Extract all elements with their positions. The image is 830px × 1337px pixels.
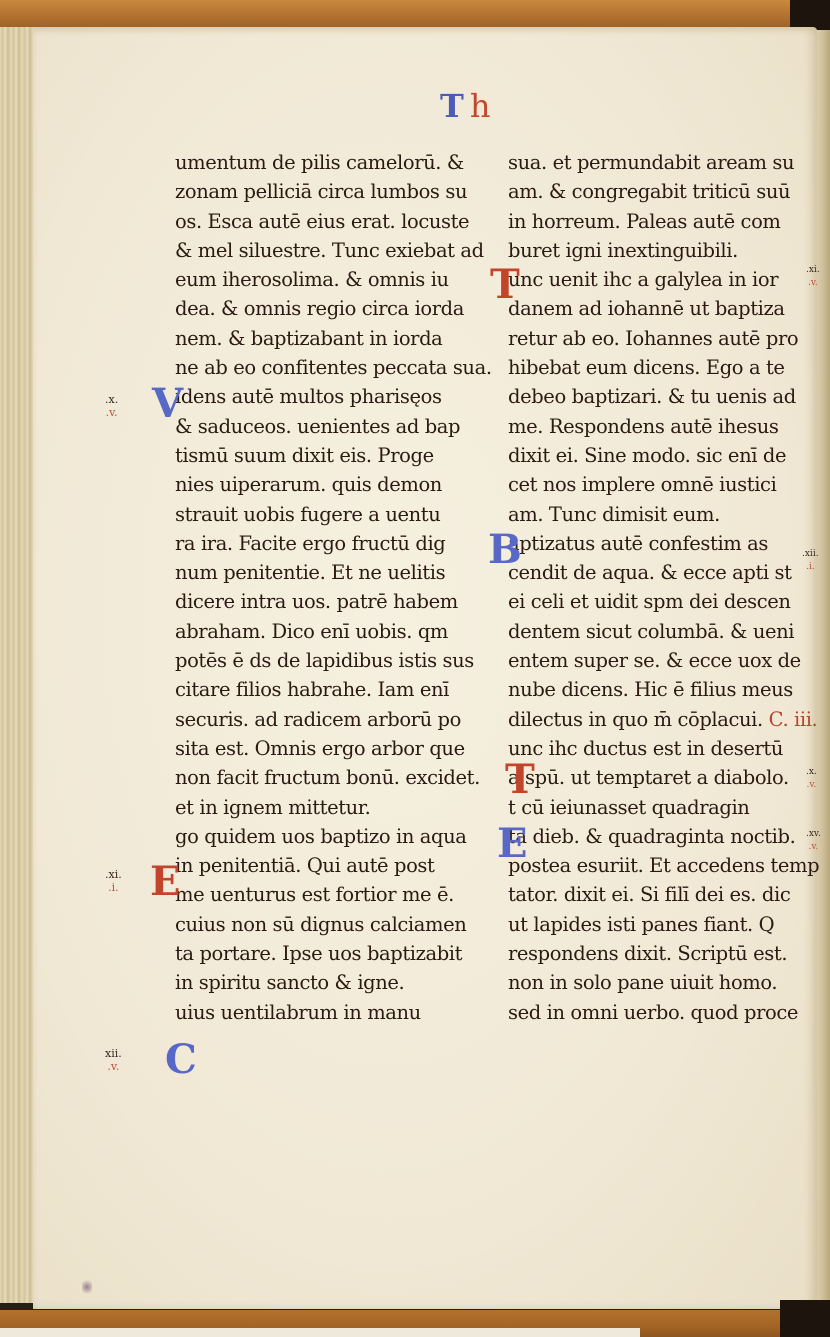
text-line: non in solo pane uiuit homo. [508, 968, 798, 997]
text-line: sed in omni uerbo. quod proce [508, 998, 798, 1027]
lower-page-strip [0, 1328, 640, 1337]
text-line: me. Respondens autē ihesus [508, 412, 798, 441]
chapter-marker: .xi. .v. [806, 264, 820, 290]
text-line: ut lapides isti panes fiant. Q [508, 910, 798, 939]
text-line: dilectus in quo m̄ cōplacui. C. iii. [508, 705, 798, 734]
text-line: dixit ei. Sine modo. sic enī de [508, 441, 798, 470]
chapter-marker: .x. .v. [806, 766, 817, 792]
text-line: unc uenit ihc a galylea in ior [508, 265, 798, 294]
text-line: sua. et permundabit aream su [508, 148, 798, 177]
text-line: nube dicens. Hic ē filius meus [508, 675, 798, 704]
text-line: citare filios habrahe. Iam enī [175, 675, 475, 704]
text-line: & saduceos. uenientes ad bap [175, 412, 475, 441]
text-line: num penitentie. Et ne uelitis [175, 558, 475, 587]
decorated-initial-t: T [505, 760, 535, 800]
text-line: ne ab eo confitentes peccata sua. [175, 353, 475, 382]
text-line: in spiritu sancto & igne. [175, 968, 475, 997]
text-line: tismū suum dixit eis. Proge [175, 441, 475, 470]
chapter-marker: .xii. .i. [802, 548, 819, 574]
text-line: debeo baptizari. & tu uenis ad [508, 382, 798, 411]
dark-background-corner-bottom [780, 1300, 830, 1337]
decorated-initial-e: E [150, 862, 181, 902]
decorated-initial-v: V [152, 384, 183, 424]
binding-top-edge [0, 0, 830, 30]
text-line: et in ignem mittetur. [175, 793, 475, 822]
dark-background-corner [790, 0, 830, 30]
ink-stain [82, 1278, 92, 1296]
text-column-left: umentum de pilis camelorū. & zonam pelli… [175, 148, 475, 1027]
chapter-marker: xii. .v. [105, 1047, 122, 1073]
text-line: unc ihc ductus est in desertū [508, 734, 798, 763]
text-line: in penitentiā. Qui autē post [175, 851, 475, 880]
text-line: umentum de pilis camelorū. & [175, 148, 475, 177]
text-line: go quidem uos baptizo in aqua [175, 822, 475, 851]
text-line: tator. dixit ei. Si filī dei es. dic [508, 880, 798, 909]
text-line: entem super se. & ecce uox de [508, 646, 798, 675]
text-line: potēs ē ds de lapidibus istis sus [175, 646, 475, 675]
text-line: hibebat eum dicens. Ego a te [508, 353, 798, 382]
text-line: in horreum. Paleas autē com [508, 207, 798, 236]
chapter-marker: .x. .v. [105, 393, 118, 419]
text-line: nies uiperarum. quis demon [175, 470, 475, 499]
text-line: cendit de aqua. & ecce apti st [508, 558, 798, 587]
text-line: am. Tunc dimisit eum. [508, 500, 798, 529]
text-line: dicere intra uos. patrē habem [175, 587, 475, 616]
text-line: nem. & baptizabant in iorda [175, 324, 475, 353]
text-column-right: sua. et permundabit aream su am. & congr… [508, 148, 798, 1027]
text-line: eum iherosolima. & omnis iu [175, 265, 475, 294]
text-line: non facit fructum bonū. excidet. [175, 763, 475, 792]
text-line: me uenturus est fortior me ē. [175, 880, 475, 909]
text-line: ta portare. Ipse uos baptizabit [175, 939, 475, 968]
chapter-marker: .xi. .i. [105, 868, 122, 894]
text-line: aptizatus autē confestim as [508, 529, 798, 558]
decorated-initial-b: B [488, 530, 522, 570]
text-line: & mel siluestre. Tunc exiebat ad [175, 236, 475, 265]
text-line: danem ad iohannē ut baptiza [508, 294, 798, 323]
text-line: dentem sicut columbā. & ueni [508, 617, 798, 646]
text-line: am. & congregabit triticū suū [508, 177, 798, 206]
rubric-chapter-mark: C. iii. [769, 708, 818, 731]
text-line: idens autē multos pharisęos [175, 382, 475, 411]
text-line: strauit uobis fugere a uentu [175, 500, 475, 529]
text-line: dea. & omnis regio circa iorda [175, 294, 475, 323]
running-head: Th [440, 88, 496, 124]
text-line: a spū. ut temptaret a diabolo. [508, 763, 798, 792]
text-line: buret igni inextinguibili. [508, 236, 798, 265]
gutter-page-edges [0, 27, 37, 1303]
text-line: cet nos implere omnē iustici [508, 470, 798, 499]
text-line: retur ab eo. Iohannes autē pro [508, 324, 798, 353]
text-line: abraham. Dico enī uobis. qm [175, 617, 475, 646]
running-head-letter-red: h [470, 87, 497, 125]
decorated-initial-e: E [497, 824, 528, 864]
text-line: ra ira. Facite ergo fructū dig [175, 529, 475, 558]
text-line: uius uentilabrum in manu [175, 998, 475, 1027]
running-head-letter-blue: T [440, 87, 470, 125]
text-line: t cū ieiunasset quadragin [508, 793, 798, 822]
text-line: os. Esca autē eius erat. locuste [175, 207, 475, 236]
decorated-initial-c: C [165, 1040, 197, 1080]
text-line: zonam pelliciā circa lumbos su [175, 177, 475, 206]
decorated-initial-t: T [490, 265, 520, 305]
text-line: ei celi et uidit spm dei descen [508, 587, 798, 616]
text-line: cuius non sū dignus calciamen [175, 910, 475, 939]
text-line: ta dieb. & quadraginta noctib. [508, 822, 798, 851]
text-line: sita est. Omnis ergo arbor que [175, 734, 475, 763]
text-line: respondens dixit. Scriptū est. [508, 939, 798, 968]
text-line: securis. ad radicem arborū po [175, 705, 475, 734]
chapter-marker: .xv. .v. [806, 828, 821, 854]
text-line: postea esuriit. Et accedens temp [508, 851, 798, 880]
